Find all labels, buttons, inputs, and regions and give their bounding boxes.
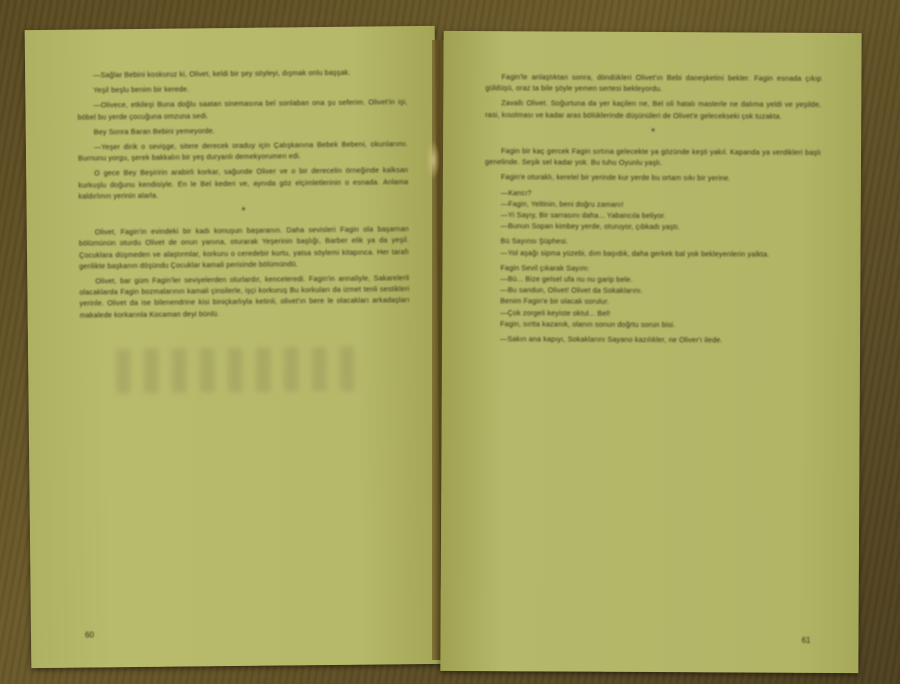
- bleed-through-smudge: [116, 347, 366, 394]
- paragraph: O gece Bey Beşiririn arabirli korkar, sa…: [78, 165, 408, 202]
- paragraph: Fagin bir kaç gercek Fagin sırtına gelec…: [485, 145, 821, 169]
- paragraph: —Bunun Sopan kimbey yerde, oturuyor, çıb…: [485, 220, 821, 233]
- paragraph: —Sakın ana kapıyı, Sokaklarını Sayano ka…: [484, 333, 820, 346]
- paragraph: Bey Sonra Baran Bebini yemeyorde.: [78, 123, 408, 138]
- right-page-number: 61: [802, 636, 811, 645]
- paragraph: —Olivece, etkileşi Buna doğlu saatan sin…: [77, 97, 407, 123]
- paragraph: Olivet, Fagin'in evindeki bir kadı konuş…: [79, 223, 409, 271]
- paragraph: —Yeşer dirik o sevişge, sitere derecek o…: [78, 138, 408, 164]
- spine-stain: [426, 140, 440, 180]
- paragraph: Yeşil beşlu benim bir kerede.: [77, 81, 407, 96]
- paragraph: Zavallı Olivet. Soğurtuna da yer kaçilen…: [485, 98, 821, 122]
- section-separator: *: [79, 204, 409, 219]
- section-separator: *: [485, 126, 821, 139]
- paragraph: —Sağlar Bebini koskuruz ki, Olivet, keld…: [77, 66, 407, 81]
- right-page-text: Fagin'le anlaştıktan sonra, döndükleri O…: [484, 71, 821, 350]
- paragraph: —Yol aşağı sipma yüzebi, dım başıdık, da…: [484, 247, 820, 260]
- left-page-number: 60: [85, 630, 94, 639]
- left-page-text: —Sağlar Bebini koskuruz ki, Olivet, keld…: [77, 66, 410, 324]
- paragraph: Fagin'le anlaştıktan sonra, döndükleri O…: [485, 71, 821, 95]
- right-page: Fagin'le anlaştıktan sonra, döndükleri O…: [440, 31, 861, 673]
- left-page: —Sağlar Bebini koskuruz ki, Olivet, keld…: [25, 26, 442, 668]
- paragraph: Olivet, bar güm Fagin'ler seviyelerden o…: [79, 272, 409, 320]
- paragraph: Fagin, sırtta kazanık, olanın sonun doğr…: [484, 318, 820, 331]
- paragraph: Fagin'e oturaklı, kerelel bir yerinde ku…: [485, 172, 821, 185]
